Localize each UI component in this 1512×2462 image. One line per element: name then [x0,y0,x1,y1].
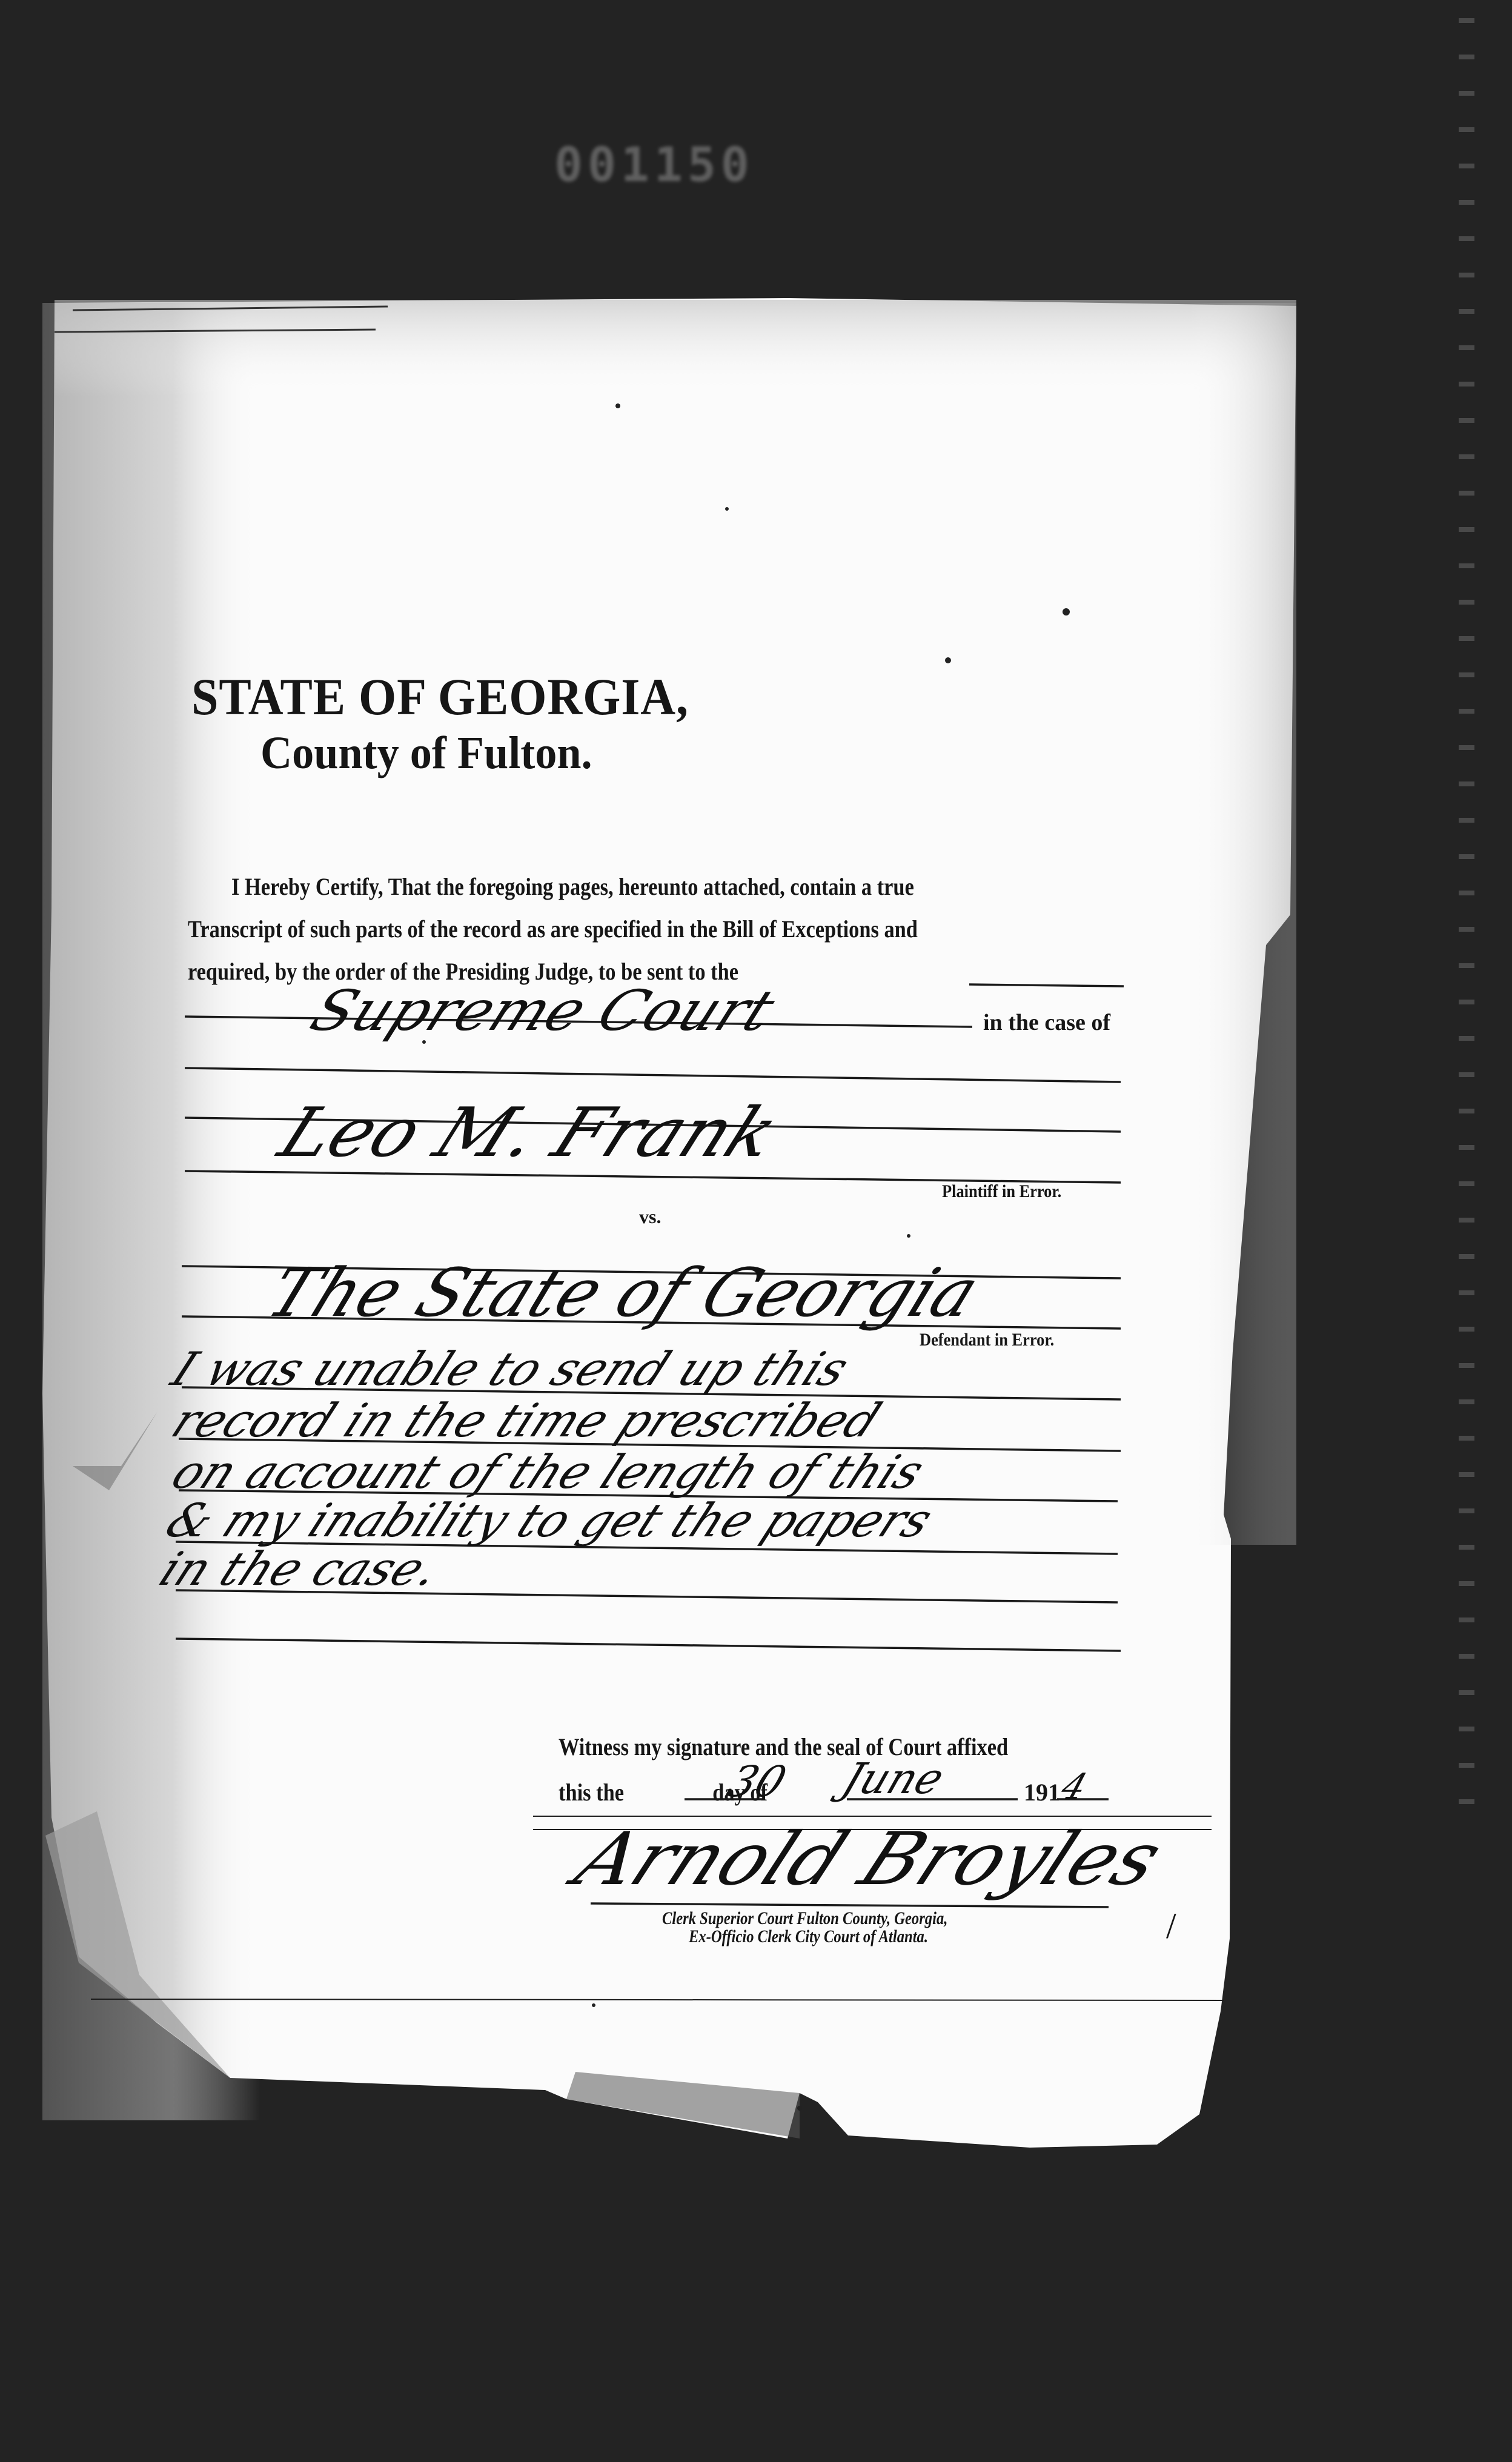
plaintiff-in-error-label: Plaintiff in Error. [942,1181,1061,1202]
certification-line-2: Transcript of such parts of the record a… [188,915,918,943]
this-the-label: this the [559,1779,624,1806]
clerk-title-line-2: Ex-Officio Clerk City Court of Atlanta. [689,1926,928,1947]
paper-sheet [0,0,1512,2462]
in-the-case-of-label: in the case of [983,1009,1110,1036]
year-prefix: 191 [1024,1778,1060,1807]
handwritten-defendant-name: The State of Georgia [257,1254,990,1332]
document-title-county: County of Fulton. [260,727,592,780]
handwritten-month: June [836,1754,951,1803]
clerk-signature: Arnold Broyles [563,1817,1175,1902]
versus-label: vs. [639,1206,661,1228]
certification-line-1: I Hereby Certify, That the foregoing pag… [231,872,914,901]
document-page [0,0,1512,2462]
document-title-state: STATE OF GEORGIA, [191,666,689,727]
defendant-in-error-label: Defendant in Error. [920,1330,1054,1350]
handwritten-note-line: record in the time prescribed [164,1393,889,1447]
handwritten-note-line: I was unable to send up this [164,1342,857,1396]
handwritten-note-line: in the case. [151,1542,449,1596]
handwritten-note-line: on account of the length of this [164,1445,932,1499]
handwritten-plaintiff-name: Leo M. Frank [268,1093,789,1172]
margin-mark: / [1166,1905,1176,1947]
handwritten-note-line: & my inability to get the papers [157,1493,941,1547]
handwritten-court-name: Supreme Court [301,978,784,1043]
clerk-title-line-1: Clerk Superior Court Fulton County, Geor… [662,1908,947,1929]
